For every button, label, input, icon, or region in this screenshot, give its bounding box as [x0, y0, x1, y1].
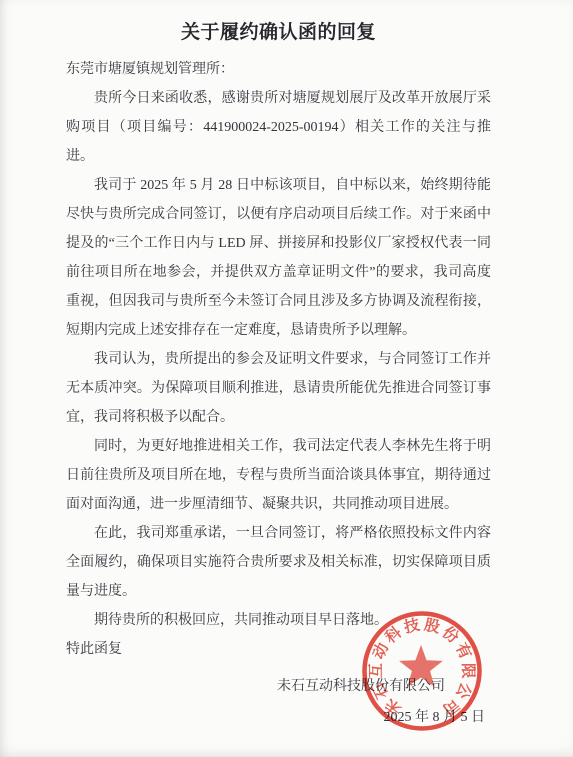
- paragraph-5: 在此，我司郑重承诺，一旦合同签订，将严格依照投标文件内容全面履约，确保项目实施符…: [66, 519, 491, 606]
- salutation: 东莞市塘厦镇规划管理所：: [66, 55, 491, 84]
- signature-company: 未石互动科技股份有限公司: [66, 671, 491, 702]
- paragraph-3: 我司认为，贵所提出的参会及证明文件要求，与合同签订工作并无本质冲突。为保障项目顺…: [66, 345, 491, 432]
- paragraph-6: 期待贵所的积极回应，共同推动项目早日落地。: [66, 606, 491, 635]
- letter-page: 关于履约确认函的回复 东莞市塘厦镇规划管理所： 贵所今日来函收悉，感谢贵所对塘厦…: [0, 0, 573, 757]
- paragraph-2: 我司于 2025 年 5 月 28 日中标该项目，自中标以来，始终期待能尽快与贵…: [66, 171, 491, 345]
- letter-title: 关于履约确认函的回复: [66, 18, 491, 48]
- closing-phrase: 特此函复: [66, 635, 491, 664]
- paragraph-4: 同时，为更好地推进相关工作，我司法定代表人李林先生将于明日前往贵所及项目所在地，…: [66, 432, 491, 519]
- signature-date: 2025 年 8 月 5 日: [66, 702, 491, 733]
- paragraph-1: 贵所今日来函收悉，感谢贵所对塘厦规划展厅及改革开放展厅采购项目（项目编号：441…: [66, 84, 491, 171]
